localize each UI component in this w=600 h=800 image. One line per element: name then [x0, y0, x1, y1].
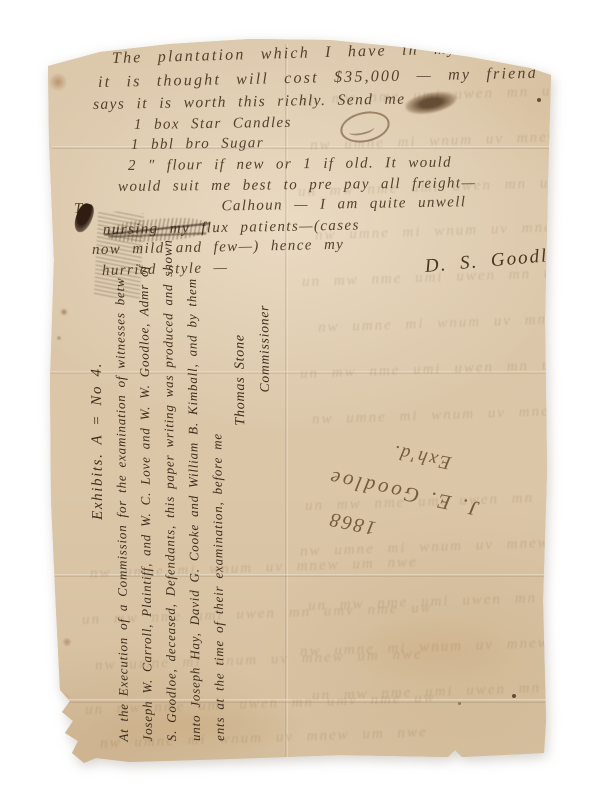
paper-shadow: un mw nme umi uwen mn umv nme uw nw umne… — [0, 0, 600, 800]
docket-signer-title: Commissioner — [252, 288, 280, 740]
docket-endorsement-block: Exhibits. A = No 4. At the Execution of … — [84, 288, 316, 742]
paper-speck — [537, 98, 541, 102]
docket-line: unto Joseph Hay, David G. Cooke and Will… — [180, 289, 208, 741]
ghost-writing: nw umne mi wnum uv mnew um nwe — [318, 308, 600, 336]
photo-background: un mw nme umi uwen mn umv nme uw nw umne… — [0, 0, 600, 800]
letter-line: 1 bbl bro Sugar — [131, 135, 264, 154]
letter-line: 1 box Star Candles — [134, 115, 292, 134]
letter-line: 2 ″ flour if new or 1 if old. It would — [128, 155, 452, 175]
letter-line: The plantation which I have in my eye — [112, 39, 501, 68]
ghost-writing: un mw nme umi uwen mn umv nme uw — [300, 354, 600, 383]
letter-line: says it is worth this richly. Send me — [93, 91, 406, 114]
letter-line-rest: Calhoun — I am quite unwell — [221, 194, 466, 214]
paper-speck — [512, 694, 516, 698]
paper-speck — [458, 702, 461, 705]
letter-paper: un mw nme umi uwen mn umv nme uw nw umne… — [0, 0, 600, 800]
